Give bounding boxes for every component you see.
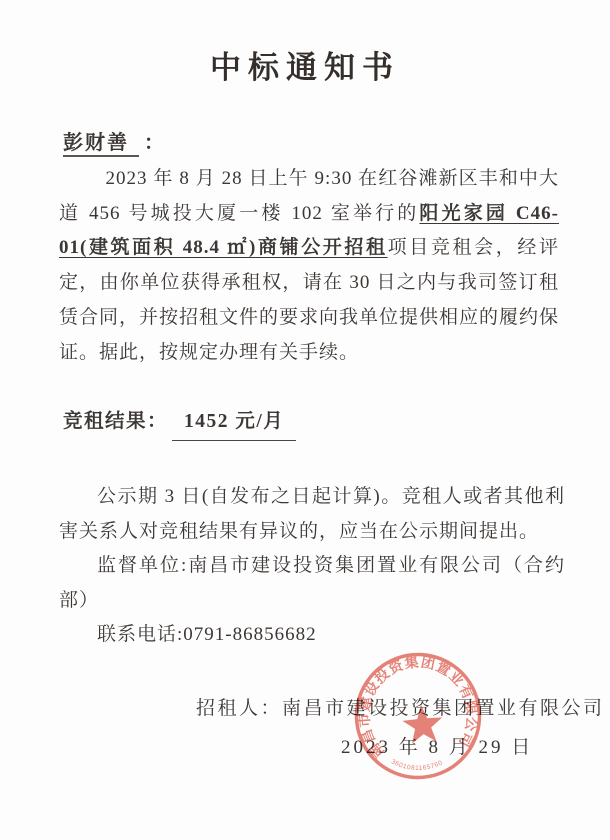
lessor-label: 招租人： (196, 698, 282, 719)
company-seal: 南昌市建设投资集团置业有限公司 3601081165760 (346, 644, 489, 787)
body-paragraph: 2023 年 8 月 28 日上午 9:30 在红谷滩新区丰和中大道 456 号… (59, 162, 559, 370)
publicity-paragraph: 公示期 3 日(自发布之日起计算)。竞租人或者其他利害关系人对竞租结果有异议的，… (59, 480, 565, 549)
addressee-line: 彭财善： (63, 126, 166, 157)
addressee-colon: ： (144, 132, 166, 154)
scanned-document-page: 中标通知书 彭财善： 2023 年 8 月 28 日上午 9:30 在红谷滩新区… (0, 0, 610, 840)
seal-star-icon (401, 703, 444, 744)
addressee-name: 彭财善 (63, 126, 139, 157)
phone-line: 联系电话:0791-86856682 (59, 618, 565, 653)
result-line: 竞租结果：1452 元/月 (63, 405, 296, 441)
result-value: 1452 元/月 (172, 405, 296, 441)
notice-block: 公示期 3 日(自发布之日起计算)。竞租人或者其他利害关系人对竞租结果有异议的，… (59, 480, 565, 653)
document-title: 中标通知书 (0, 42, 610, 87)
result-label: 竞租结果： (63, 411, 168, 432)
seal-company-arc: 南昌市建设投资集团置业有限公司 (351, 649, 484, 763)
supervisor-line: 监督单位:南昌市建设投资集团置业有限公司（合约部） (59, 549, 565, 618)
seal-number-arc: 3601081165760 (389, 754, 444, 775)
